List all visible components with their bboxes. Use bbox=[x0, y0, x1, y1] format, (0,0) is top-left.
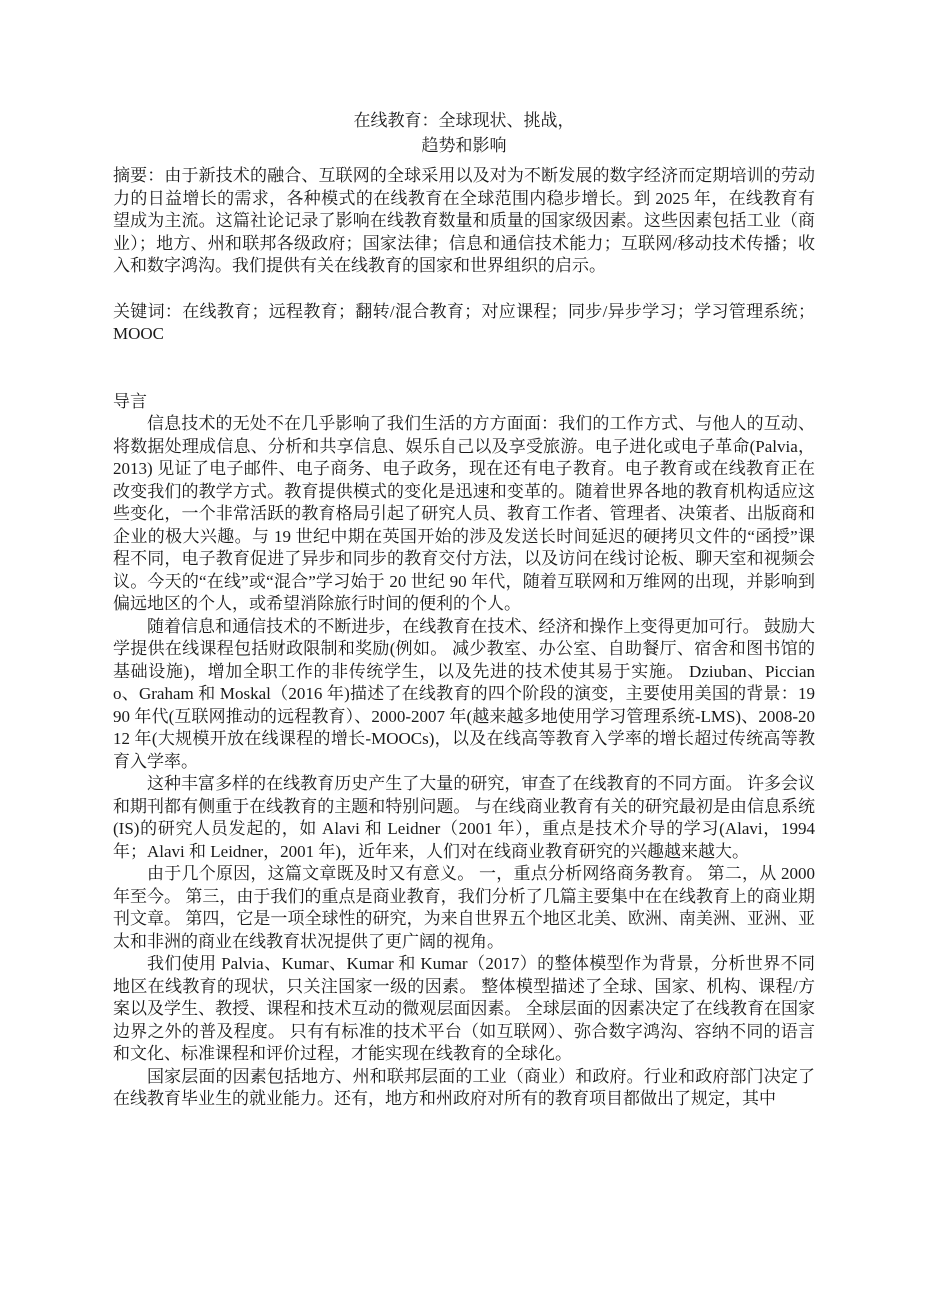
section-heading-introduction: 导言 bbox=[113, 391, 815, 414]
body-paragraph: 随着信息和通信技术的不断进步，在线教育在技术、经济和操作上变得更加可行。 鼓励大… bbox=[113, 616, 815, 774]
body-paragraphs: 信息技术的无处不在几乎影响了我们生活的方方面面：我们的工作方式、与他人的互动、将… bbox=[113, 413, 815, 1111]
keywords-paragraph: 关键词：在线教育；远程教育；翻转/混合教育；对应课程；同步/异步学习；学习管理系… bbox=[113, 301, 815, 346]
body-paragraph: 由于几个原因，这篇文章既及时又有意义。 一，重点分析网络商务教育。 第二，从 2… bbox=[113, 863, 815, 953]
body-paragraph: 我们使用 Palvia、Kumar、Kumar 和 Kumar（2017）的整体… bbox=[113, 953, 815, 1066]
body-paragraph: 这种丰富多样的在线教育历史产生了大量的研究，审查了在线教育的不同方面。 许多会议… bbox=[113, 773, 815, 863]
document-title-line2: 趋势和影响 bbox=[113, 133, 815, 158]
document-page: 在线教育：全球现状、挑战， 趋势和影响 摘要：由于新技术的融合、互联网的全球采用… bbox=[0, 0, 926, 1309]
document-title-line1: 在线教育：全球现状、挑战， bbox=[113, 108, 815, 133]
abstract-paragraph: 摘要：由于新技术的融合、互联网的全球采用以及对为不断发展的数字经济而定期培训的劳… bbox=[113, 165, 815, 278]
body-paragraph: 国家层面的因素包括地方、州和联邦层面的工业（商业）和政府。行业和政府部门决定了在… bbox=[113, 1066, 815, 1111]
body-paragraph: 信息技术的无处不在几乎影响了我们生活的方方面面：我们的工作方式、与他人的互动、将… bbox=[113, 413, 815, 616]
